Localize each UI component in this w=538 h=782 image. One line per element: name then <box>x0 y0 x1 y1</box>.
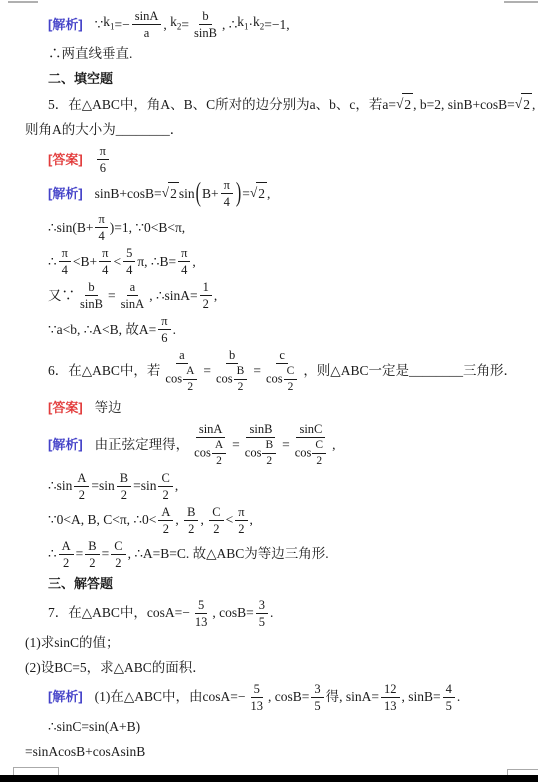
fraction-numerator: A <box>74 471 89 487</box>
solution-line-q4-conclusion: ∴两直线垂直. <box>25 43 528 65</box>
fraction-denominator: 4 <box>123 262 135 277</box>
fraction-denominator: 5 <box>256 614 268 629</box>
solution-line-q7-3: =sinAcosB+cosAsinB <box>25 741 528 763</box>
fraction-numerator: 4 <box>443 682 455 698</box>
math-text: =sinAcosB+cosAsinB <box>25 741 145 763</box>
fraction-numerator: π <box>99 246 111 262</box>
math-text: sinB <box>194 26 217 40</box>
fraction-denominator: cosA2 <box>191 438 230 468</box>
analysis-label: [解析] <box>48 434 83 456</box>
math-text: = <box>108 285 116 307</box>
math-text: = <box>253 360 261 382</box>
math-text: π <box>102 246 108 260</box>
math-text: 5．在△ABC中，角A、B、C所对的边分别为a、b、c，若a= <box>48 94 396 116</box>
big-parenthesis: ) <box>236 175 241 212</box>
math-text: 1 <box>203 280 209 294</box>
section-heading-fill-in: 二、填空题 <box>25 68 528 90</box>
math-text: cos <box>245 445 262 459</box>
fraction: π4 <box>221 178 233 209</box>
math-text: 2 <box>79 488 85 502</box>
solution-line-q5-4: 又∵bsinB=asinA, ∴sinA=12, <box>25 280 528 311</box>
math-text: 4 <box>224 195 230 209</box>
fraction-numerator: π <box>59 246 71 262</box>
math-text: 4 <box>181 263 187 277</box>
math-text: B+ <box>202 183 219 205</box>
fraction-numerator: B <box>85 539 99 555</box>
fraction: A2 <box>158 505 173 536</box>
math-text: 4 <box>62 263 68 277</box>
fraction-numerator: C <box>312 439 326 454</box>
math-text: 2 <box>288 381 294 393</box>
fraction: π4 <box>95 212 107 243</box>
math-text: 2 <box>213 522 219 536</box>
fraction-denominator: 2 <box>235 380 247 394</box>
solution-line-q5-2: ∴sin(B+π4)=1, ∵0<B<π, <box>25 212 528 243</box>
math-text: 得, sinA= <box>326 686 379 708</box>
math-text: 2 <box>115 556 121 570</box>
math-text: =sin <box>91 475 114 497</box>
math-text: <B+ <box>73 251 97 273</box>
analysis-label: [解析] <box>48 183 83 205</box>
fraction: A2 <box>183 365 197 394</box>
math-text: , <box>332 434 335 456</box>
radicand: 2 <box>256 182 267 205</box>
fraction-denominator: 4 <box>59 262 71 277</box>
math-text: , <box>192 251 195 273</box>
fraction: A2 <box>59 539 74 570</box>
analysis-label: [解析] <box>48 14 83 36</box>
math-text: = <box>181 14 189 36</box>
page-corner-mark-top-right <box>504 1 538 8</box>
fraction-denominator: 2 <box>235 521 247 536</box>
math-text: ∴ <box>48 543 57 565</box>
math-text: (1)在△ABC中，由cosA=− <box>95 686 246 708</box>
fraction-numerator: A <box>59 539 74 555</box>
subscripted-variable: k1 <box>237 11 248 38</box>
math-text: 2 <box>238 381 244 393</box>
math-text: 5 <box>126 246 132 260</box>
math-text: 6 <box>100 161 106 175</box>
math-text: = <box>232 434 240 456</box>
fraction-numerator: B <box>184 505 198 521</box>
analysis-label: [解析] <box>48 686 83 708</box>
fraction-numerator: sinB <box>246 422 275 438</box>
fraction-denominator: 2 <box>118 487 130 502</box>
fraction-numerator: π <box>158 314 170 330</box>
fraction-denominator: 4 <box>99 262 111 277</box>
fraction-denominator: 2 <box>263 454 275 468</box>
math-text: A <box>186 365 194 377</box>
solution-line-q5-1: [解析]sinB+cosB=√2sin(B+π4)=√2, <box>25 178 528 209</box>
fraction-denominator: 2 <box>76 487 88 502</box>
math-text: cos <box>165 371 182 385</box>
math-text: , <box>532 94 535 116</box>
math-text: sin <box>179 183 195 205</box>
fraction-numerator: C <box>209 505 223 521</box>
math-text: 2 <box>216 455 222 467</box>
math-text: , cosB= <box>212 602 253 624</box>
math-text: sinC <box>299 422 322 436</box>
math-text: a <box>179 348 185 362</box>
fraction: π4 <box>99 246 111 277</box>
math-text: 5 <box>198 598 204 612</box>
fraction: bcosB2 <box>213 348 251 394</box>
math-text: 4 <box>102 263 108 277</box>
math-text: 4 <box>99 229 105 243</box>
fraction-numerator: sinA <box>196 422 226 438</box>
fraction: 54 <box>123 246 135 277</box>
math-text: a <box>144 26 150 40</box>
math-text: = <box>203 360 211 382</box>
math-text: ∵a<b, ∴A<B, 故A= <box>48 319 156 341</box>
problem-5-statement-continued: 则角A的大小为________． <box>25 119 528 141</box>
solution-line-q4: [解析]∵k1=−sinAa, k2=bsinB, ∴k1·k2=−1, <box>25 9 528 40</box>
math-text: A <box>62 539 71 553</box>
subscripted-variable: k2 <box>170 11 181 38</box>
solution-line-q6-4: ∴A2=B2=C2, ∴A=B=C. 故△ABC为等边三角形. <box>25 539 528 570</box>
fraction-denominator: 2 <box>184 380 196 394</box>
fraction-denominator: 2 <box>160 521 172 536</box>
solution-line-q6-2: ∴sinA2=sinB2=sinC2, <box>25 471 528 502</box>
fraction-denominator: cosB2 <box>213 364 251 394</box>
problem-7-part1: (1)求sinC的值； <box>25 632 528 654</box>
math-text: b <box>229 348 235 362</box>
math-text: π <box>224 178 230 192</box>
math-text: 3 <box>314 682 320 696</box>
fraction: 35 <box>256 598 268 629</box>
bottom-bar <box>0 775 538 782</box>
fraction-denominator: 2 <box>112 555 124 570</box>
page-corner-mark-top-left <box>8 1 38 8</box>
fraction: 1213 <box>381 682 400 713</box>
math-text: 2 <box>316 455 322 467</box>
math-text: 2 <box>163 488 169 502</box>
fraction-denominator: 2 <box>210 521 222 536</box>
fraction-denominator: 2 <box>200 296 212 311</box>
math-text: , ∴A=B=C. 故△ABC为等边三角形. <box>128 543 329 565</box>
fraction-numerator: 5 <box>251 682 263 698</box>
radicand: 2 <box>402 93 413 116</box>
math-text: 5 <box>254 682 260 696</box>
fraction-denominator: 4 <box>96 228 108 243</box>
square-root: √2 <box>162 182 179 205</box>
problem-7-part2: (2)设BC=5，求△ABC的面积． <box>25 657 528 679</box>
math-text: =−1, <box>264 14 289 36</box>
math-text: ∴sin <box>48 475 72 497</box>
math-text: 12 <box>384 682 397 696</box>
fraction-denominator: 2 <box>160 487 172 502</box>
math-text: b <box>202 9 208 23</box>
fraction-numerator: B <box>234 365 248 380</box>
math-text: C <box>287 365 295 377</box>
fraction-numerator: C <box>284 365 298 380</box>
fraction-denominator: sinB <box>77 296 106 311</box>
math-text: 2 <box>266 455 272 467</box>
solution-line-q5-5: ∵a<b, ∴A<B, 故A=π6. <box>25 314 528 345</box>
fraction: π2 <box>235 505 247 536</box>
math-text: 2 <box>238 522 244 536</box>
math-text: A <box>161 505 170 519</box>
fraction: B2 <box>117 471 131 502</box>
math-text: 又∵ <box>48 285 75 307</box>
math-text: a <box>130 280 136 294</box>
math-text: A <box>77 471 86 485</box>
math-text: C <box>114 539 122 553</box>
math-text: (2)设BC=5，求△ABC的面积． <box>25 657 206 679</box>
fraction: sinAcosA2 <box>191 422 230 468</box>
math-text: 7．在△ABC中，cosA=− <box>48 602 190 624</box>
math-text: . <box>173 319 176 341</box>
math-text: , ∴ <box>222 14 237 36</box>
fraction: sinCcosC2 <box>292 422 330 468</box>
fraction: C2 <box>284 365 298 394</box>
math-text: sinA <box>135 9 159 23</box>
math-text: π <box>98 212 104 226</box>
math-text: cos <box>194 445 211 459</box>
fraction-denominator: 5 <box>443 698 455 713</box>
math-text: 6．在△ABC中，若 <box>48 360 160 382</box>
math-text: = <box>242 183 250 205</box>
fraction-denominator: 2 <box>185 521 197 536</box>
math-text: b <box>88 280 94 294</box>
fraction-denominator: 2 <box>60 555 72 570</box>
fraction-denominator: 5 <box>311 698 323 713</box>
math-text: B <box>120 471 128 485</box>
math-text: 2 <box>203 297 209 311</box>
math-text: π <box>181 246 187 260</box>
fraction: 45 <box>443 682 455 713</box>
fraction: π6 <box>158 314 170 345</box>
math-text: ，则△ABC一定是________三角形． <box>303 360 517 382</box>
fraction: C2 <box>111 539 125 570</box>
math-text: . <box>457 686 460 708</box>
fraction: 12 <box>200 280 212 311</box>
math-text: sinB <box>249 422 272 436</box>
fraction-numerator: C <box>111 539 125 555</box>
math-text: C <box>212 505 220 519</box>
fraction-numerator: 1 <box>200 280 212 296</box>
math-text: cos <box>295 445 312 459</box>
fraction-numerator: 5 <box>195 598 207 614</box>
math-text: 4 <box>446 682 452 696</box>
math-text: , <box>267 183 270 205</box>
fraction-numerator: 3 <box>311 682 323 698</box>
fraction: A2 <box>74 471 89 502</box>
fraction-denominator: 2 <box>285 380 297 394</box>
problem-5-statement: 5．在△ABC中，角A、B、C所对的边分别为a、b、c，若a=√2, b=2, … <box>25 93 528 116</box>
math-text: = <box>76 543 84 565</box>
math-text: 二、填空题 <box>48 68 113 90</box>
fraction: 35 <box>311 682 323 713</box>
fraction-denominator: 13 <box>248 698 267 713</box>
math-text: 2 <box>89 556 95 570</box>
math-text: 3 <box>259 598 265 612</box>
square-root: √2 <box>250 182 267 205</box>
fraction-numerator: b <box>199 9 211 25</box>
math-text: , <box>200 509 207 531</box>
fraction-numerator: c <box>276 348 288 364</box>
math-text: C <box>161 471 169 485</box>
solution-line-q6-3: ∵0<A, B, C<π, ∴0<A2, B2, C2<π2, <box>25 505 528 536</box>
fraction-numerator: A <box>158 505 173 521</box>
math-text: sinA <box>199 422 223 436</box>
fraction: sinBcosB2 <box>242 422 280 468</box>
fraction-denominator: 13 <box>192 614 211 629</box>
fraction-numerator: b <box>85 280 97 296</box>
math-text: =− <box>115 14 130 36</box>
fraction: C2 <box>312 439 326 468</box>
math-text: π <box>100 144 106 158</box>
fraction-numerator: C <box>158 471 172 487</box>
fraction: B2 <box>184 505 198 536</box>
fraction-numerator: A <box>212 439 226 454</box>
math-text: , sinB= <box>402 686 441 708</box>
fraction-denominator: cosC2 <box>292 438 330 468</box>
math-text: , <box>163 14 170 36</box>
fraction: ccosC2 <box>263 348 301 394</box>
math-text: sinB <box>80 297 103 311</box>
answer-label: [答案] <box>48 149 83 171</box>
math-text: =sin <box>133 475 156 497</box>
fraction-numerator: π <box>235 505 247 521</box>
math-text: (1)求sinC的值； <box>25 632 120 654</box>
problem-7-statement: 7．在△ABC中，cosA=−513, cosB=35. <box>25 598 528 629</box>
math-text: , <box>175 475 178 497</box>
fraction-numerator: B <box>262 439 276 454</box>
solution-line-q7-1: [解析](1)在△ABC中，由cosA=−513, cosB=35得, sinA… <box>25 682 528 713</box>
square-root: √2 <box>396 93 413 116</box>
math-text: 5 <box>314 699 320 713</box>
fraction-denominator: sinB <box>191 25 220 40</box>
section-heading-answer: 三、解答题 <box>25 573 528 595</box>
math-text: ∵ <box>95 14 104 36</box>
answer-label: [答案] <box>48 397 83 419</box>
fraction: B2 <box>262 439 276 468</box>
math-text: ∴两直线垂直. <box>48 43 132 65</box>
fraction-numerator: 5 <box>123 246 135 262</box>
math-text: , <box>214 285 217 307</box>
fraction-numerator: π <box>178 246 190 262</box>
fraction-numerator: b <box>226 348 238 364</box>
math-text: A <box>215 439 223 451</box>
math-text: 13 <box>384 699 397 713</box>
math-text: < <box>113 251 121 273</box>
square-root: √2 <box>515 93 532 116</box>
fraction-numerator: 3 <box>256 598 268 614</box>
subscripted-variable: k1 <box>103 11 114 38</box>
fraction-numerator: A <box>183 365 197 380</box>
fraction-denominator: 4 <box>178 262 190 277</box>
fraction-numerator: a <box>127 280 139 296</box>
math-text: B <box>265 439 273 451</box>
math-text: 13 <box>195 615 208 629</box>
fraction-numerator: π <box>221 178 233 194</box>
math-text: 2 <box>163 522 169 536</box>
problem-6-statement: 6．在△ABC中，若acosA2=bcosB2=ccosC2，则△ABC一定是_… <box>25 348 528 394</box>
math-text: , ∴sinA= <box>149 285 197 307</box>
fraction: asinA <box>118 280 148 311</box>
math-text: π <box>161 314 167 328</box>
solution-line-q5-3: ∴π4<B+π4<54π, ∴B=π4, <box>25 246 528 277</box>
fraction: 513 <box>192 598 211 629</box>
fraction-denominator: 4 <box>221 194 233 209</box>
fraction-denominator: a <box>141 25 153 40</box>
math-text: cos <box>266 371 283 385</box>
fraction-numerator: sinC <box>296 422 325 438</box>
math-text: 则角A的大小为________． <box>25 119 183 141</box>
fraction: A2 <box>212 439 226 468</box>
math-text: = <box>102 543 110 565</box>
math-text: 三、解答题 <box>48 573 113 595</box>
math-text: , cosB= <box>268 686 309 708</box>
fraction: B2 <box>234 365 248 394</box>
math-text: ∴sinC=sin(A+B) <box>48 716 140 738</box>
document-body: [解析]∵k1=−sinAa, k2=bsinB, ∴k1·k2=−1,∴两直线… <box>0 0 538 775</box>
math-text: 2 <box>121 488 127 502</box>
math-text: )=1, ∵0<B<π, <box>110 217 185 239</box>
math-text: c <box>279 348 285 362</box>
fraction: π4 <box>59 246 71 277</box>
math-text: cos <box>216 371 233 385</box>
math-text: B <box>237 365 245 377</box>
big-parenthesis: ( <box>196 175 201 212</box>
fraction: C2 <box>158 471 172 502</box>
fraction-denominator: 13 <box>381 698 400 713</box>
math-text: , <box>250 509 253 531</box>
radicand: 2 <box>521 93 532 116</box>
fraction-numerator: B <box>117 471 131 487</box>
fraction-denominator: 6 <box>97 160 109 175</box>
math-text: 6 <box>161 331 167 345</box>
math-text: 2 <box>63 556 69 570</box>
math-text: < <box>226 509 234 531</box>
math-text: ∴sin(B+ <box>48 217 93 239</box>
radicand: 2 <box>168 182 179 205</box>
math-text: , b=2, sinB+cosB= <box>413 94 515 116</box>
fraction-denominator: cosA2 <box>162 364 201 394</box>
fraction-denominator: 2 <box>86 555 98 570</box>
math-text: 13 <box>251 699 264 713</box>
fraction-denominator: cosB2 <box>242 438 280 468</box>
math-text: 等边 <box>95 397 122 419</box>
fraction: π4 <box>178 246 190 277</box>
math-text: B <box>88 539 96 553</box>
solution-line-q7-2: ∴sinC=sin(A+B) <box>25 716 528 738</box>
fraction-denominator: 2 <box>313 454 325 468</box>
fraction: 513 <box>248 682 267 713</box>
fraction-numerator: a <box>176 348 188 364</box>
math-text: π, ∴B= <box>137 251 176 273</box>
math-text: sinA <box>121 297 145 311</box>
fraction-denominator: 6 <box>158 330 170 345</box>
math-text: 由正弦定理得， <box>95 434 190 456</box>
subscripted-variable: k2 <box>253 11 264 38</box>
math-text: ∴ <box>48 251 57 273</box>
math-text: π <box>238 505 244 519</box>
math-text: C <box>315 439 323 451</box>
fraction: bsinB <box>191 9 220 40</box>
fraction: π6 <box>97 144 109 175</box>
math-text: π <box>62 246 68 260</box>
fraction-numerator: π <box>95 212 107 228</box>
fraction-numerator: π <box>97 144 109 160</box>
fraction-numerator: sinA <box>132 9 162 25</box>
math-text: 2 <box>187 381 193 393</box>
fraction: sinAa <box>132 9 162 40</box>
fraction: B2 <box>85 539 99 570</box>
answer-line-q5: [答案]π6 <box>25 144 528 175</box>
math-text: 4 <box>126 263 132 277</box>
